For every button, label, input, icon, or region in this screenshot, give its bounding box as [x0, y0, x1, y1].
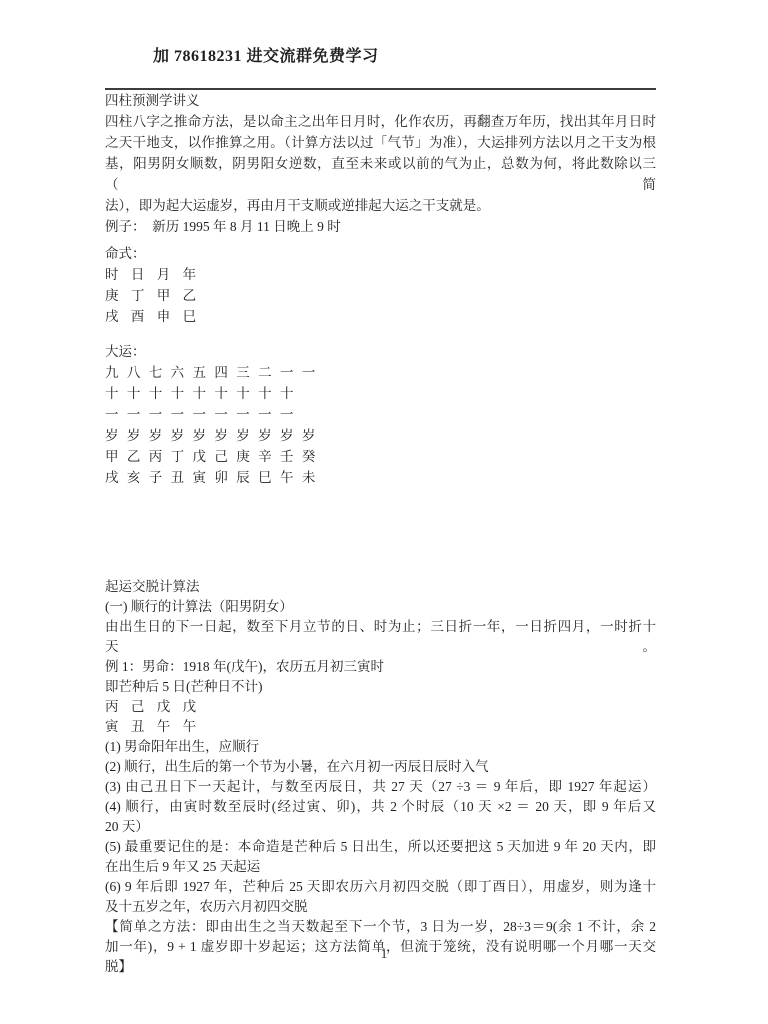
example-line: 例子： 新历 1995 年 8 月 11 日晚上 9 时 [105, 216, 656, 237]
mingshi-row: 庚 丁 甲 乙 [105, 285, 656, 306]
spacer [105, 488, 656, 577]
calc-line: (4) 顺行，由寅时数至辰时(经过寅、卯)，共 2 个时辰（10 天 ×2 ＝ … [105, 797, 656, 817]
calc-line: 在出生后 9 年又 25 天起运 [105, 857, 656, 877]
dayun-row: 甲 乙 丙 丁 戊 己 庚 辛 壬 癸 [105, 446, 656, 467]
dayun-label: 大运： [105, 341, 656, 362]
dayun-section: 大运： 九 八 七 六 五 四 三 二 一 一 十 十 十 十 十 十 十 十 … [105, 341, 656, 488]
calc-line: 即芒种后 5 日(芒种日不计) [105, 677, 656, 697]
intro-line: 基，阳男阴女顺数，阴男阳女逆数，直至未来或以前的气为止，总数为何，将此数除以三（… [105, 153, 656, 195]
calc-line: (3) 由己丑日下一天起计，与数至丙辰日，共 27 天（27 ÷3 ＝ 9 年后… [105, 777, 656, 797]
doc-title: 四柱预测学讲义 [105, 90, 656, 111]
intro-line: 之天干地支，以作推算之用。（计算方法以过「气节」为准），大运排列方法以月之干支为… [105, 132, 656, 153]
calc-line: (一) 顺行的计算法（阳男阴女） [105, 597, 656, 617]
dayun-row: 岁 岁 岁 岁 岁 岁 岁 岁 岁 岁 [105, 425, 656, 446]
mingshi-label: 命式： [105, 243, 656, 264]
dayun-row: 一 一 一 一 一 一 一 一 一 [105, 404, 656, 425]
dayun-row: 十 十 十 十 十 十 十 十 十 [105, 383, 656, 404]
dayun-row: 戌 亥 子 丑 寅 卯 辰 巳 午 未 [105, 467, 656, 488]
page-number: 1 [0, 946, 768, 962]
calc-line: (1) 男命阳年出生，应顺行 [105, 737, 656, 757]
calc-section: 起运交脱计算法 (一) 顺行的计算法（阳男阴女） 由出生日的下一日起，数至下月立… [105, 577, 656, 977]
intro-paragraph: 四柱八字之推命方法，是以命主之出年日月时，化作农历，再翻查万年历，找出其年月日时… [105, 111, 656, 216]
calc-title: 起运交脱计算法 [105, 577, 656, 597]
calc-line: 例 1：男命：1918 年(戊午)，农历五月初三寅时 [105, 657, 656, 677]
calc-line: 【简单之方法：即由出生之当天数起至下一个节，3 日为一岁，28÷3＝9(余 1 … [105, 917, 656, 937]
calc-line: 20 天） [105, 817, 656, 837]
intro-line: 四柱八字之推命方法，是以命主之出年日月时，化作农历，再翻查万年历，找出其年月日时 [105, 111, 656, 132]
spacer [105, 327, 656, 341]
intro-line: 法），即为起大运虚岁，再由月干支顺或逆排起大运之干支就是。 [105, 195, 656, 216]
document-page: 加 78618231 进交流群免费学习 四柱预测学讲义 四柱八字之推命方法，是以… [0, 0, 768, 1024]
mingshi-section: 命式： 时 日 月 年 庚 丁 甲 乙 戌 酉 申 巳 [105, 243, 656, 327]
document-content: 加 78618231 进交流群免费学习 四柱预测学讲义 四柱八字之推命方法，是以… [105, 46, 656, 977]
calc-line: 及十五岁之年，农历六月初四交脱 [105, 897, 656, 917]
calc-line: (2) 顺行，出生后的第一个节为小暑，在六月初一丙辰日辰时入气 [105, 757, 656, 777]
calc-pillar-row: 寅 丑 午 午 [105, 717, 656, 737]
calc-line: (6) 9 年后即 1927 年，芒种后 25 天即农历六月初四交脱（即丁酉日）… [105, 877, 656, 897]
mingshi-row: 戌 酉 申 巳 [105, 306, 656, 327]
mingshi-row: 时 日 月 年 [105, 264, 656, 285]
calc-line: (5) 最重要记住的是：本命造是芒种后 5 日出生，所以还要把这 5 天加进 9… [105, 837, 656, 857]
calc-pillar-row: 丙 己 戊 戊 [105, 697, 656, 717]
calc-line: 由出生日的下一日起，数至下月立节的日、时为止；三日折一年，一日折四月，一时折十天… [105, 617, 656, 657]
promo-header: 加 78618231 进交流群免费学习 [153, 46, 656, 68]
dayun-row: 九 八 七 六 五 四 三 二 一 一 [105, 362, 656, 383]
